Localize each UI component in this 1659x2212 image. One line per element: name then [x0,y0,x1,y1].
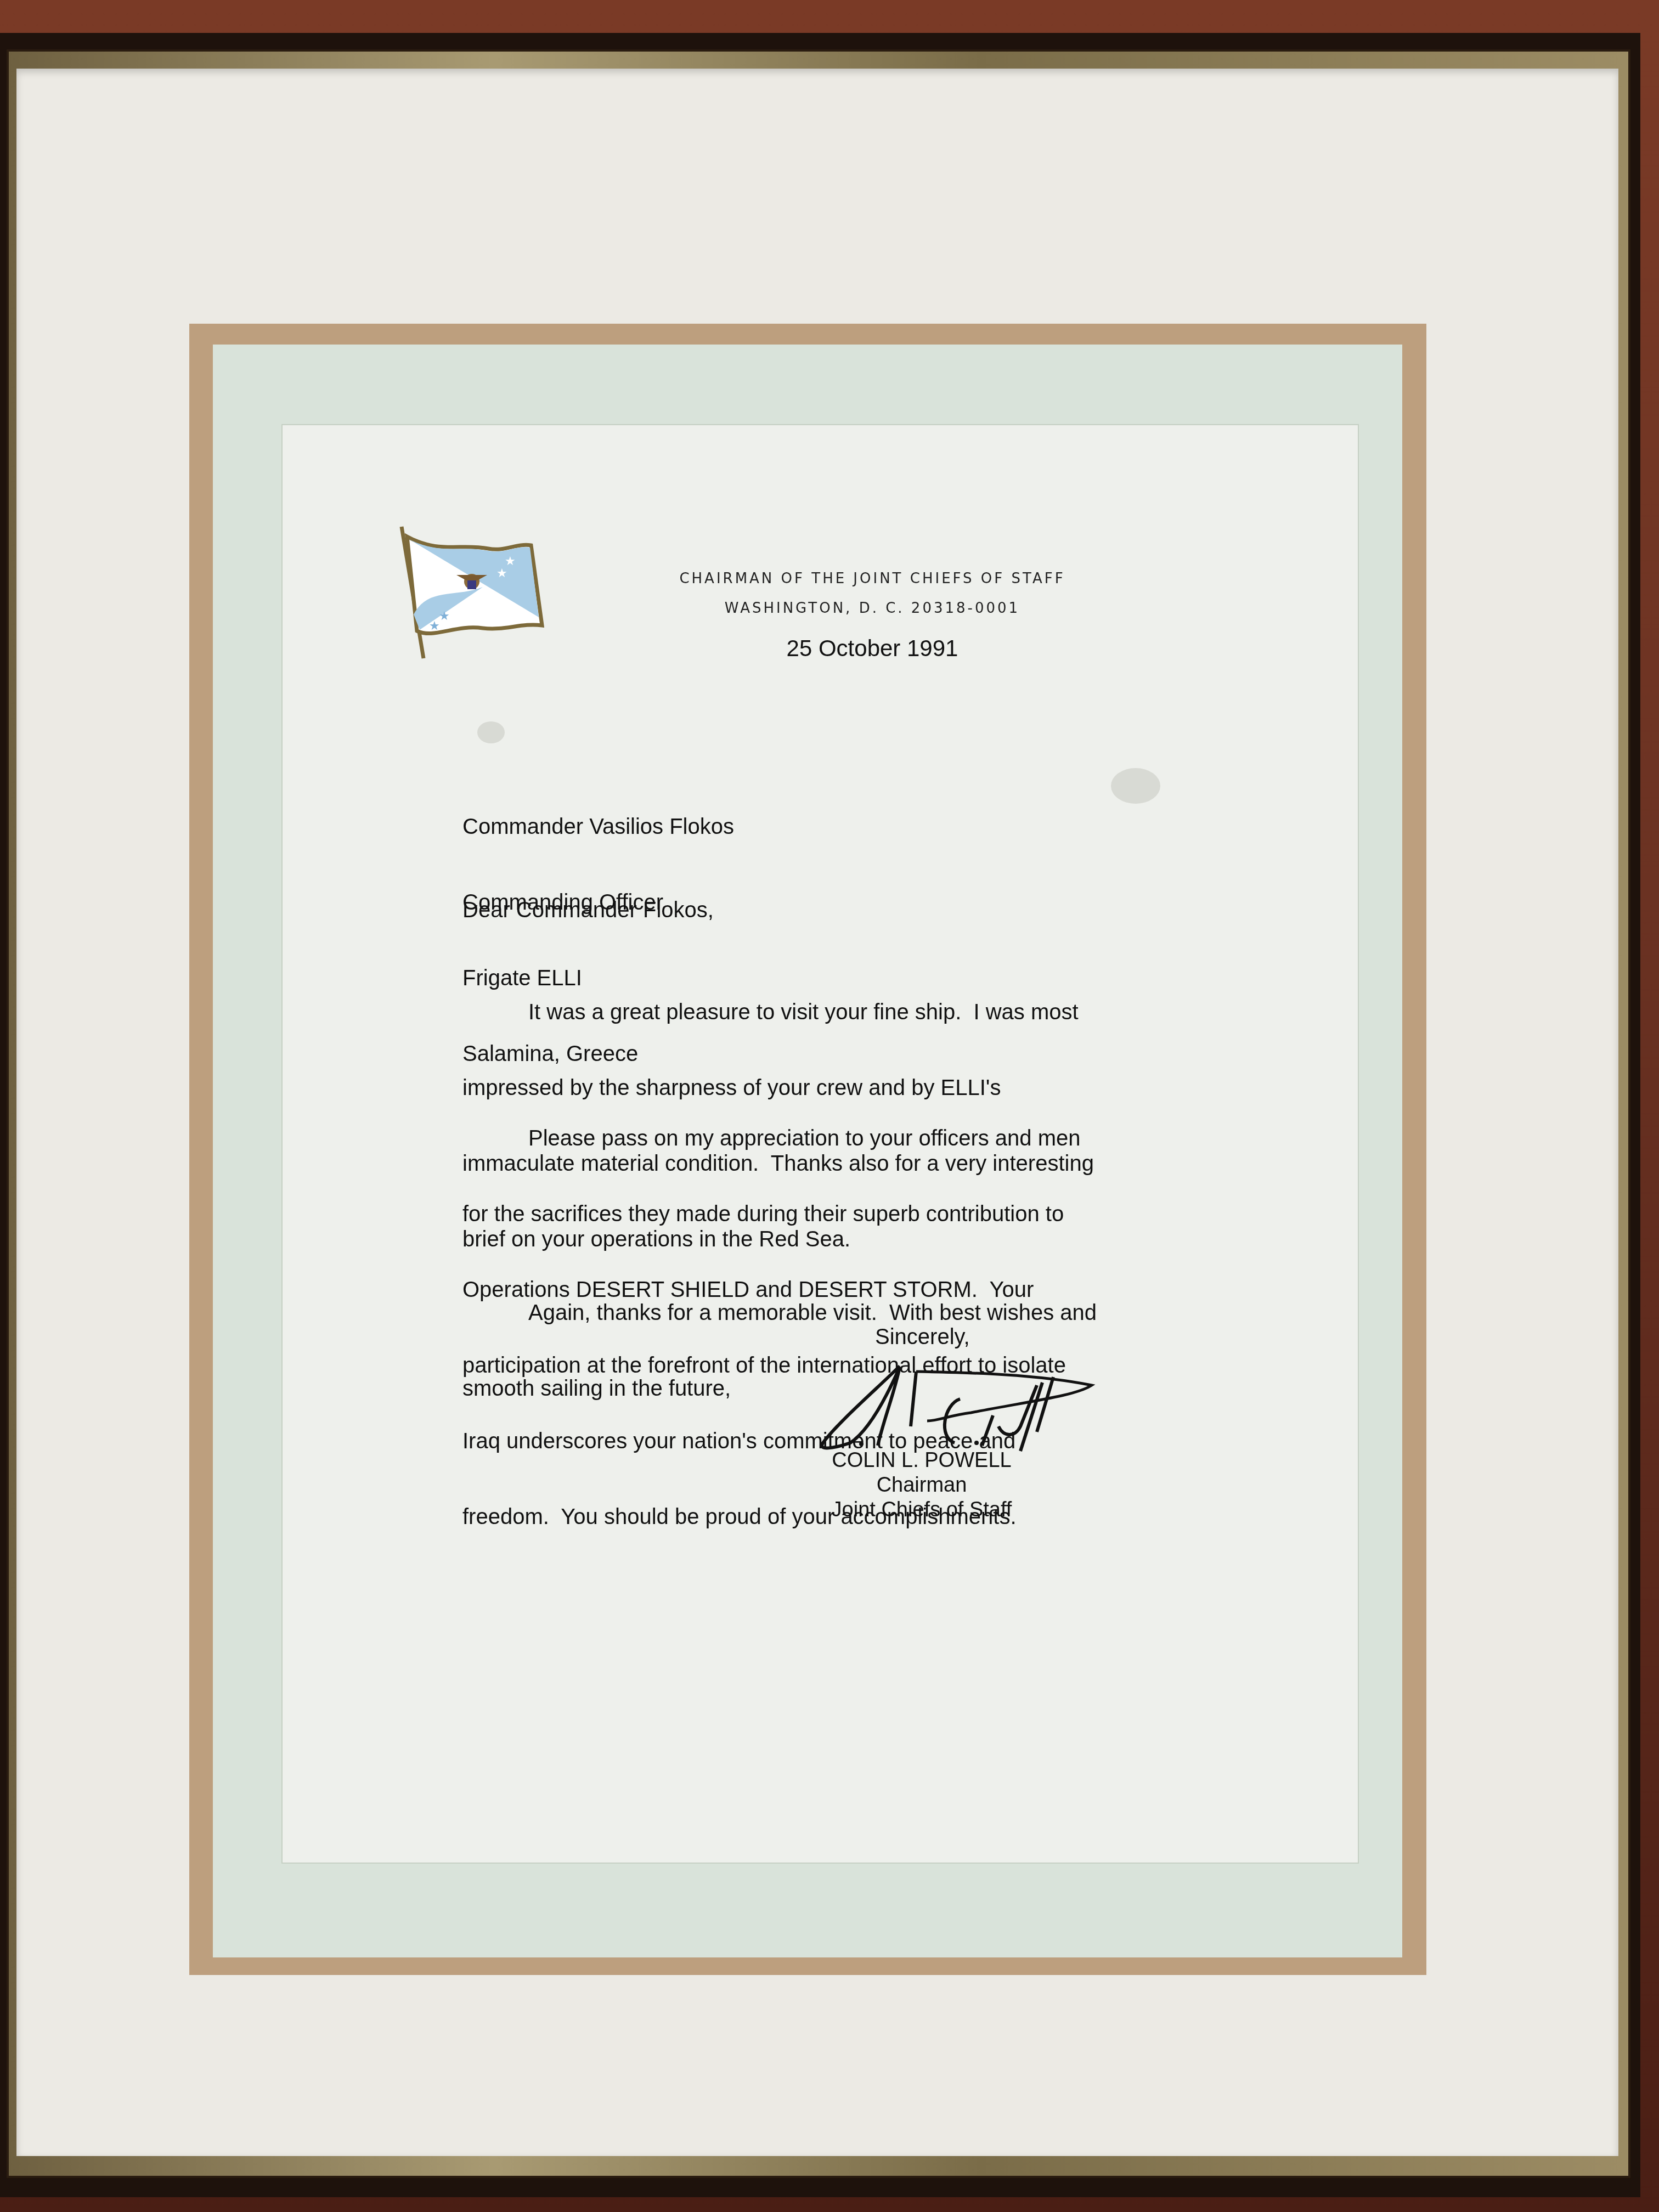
letterhead-address: WASHINGTON, D. C. 20318-0001 [669,600,1075,617]
handwritten-signature [817,1361,1103,1454]
salutation: Dear Commander Flokos, [462,898,714,923]
paragraph-line: for the sacrifices they made during thei… [462,1201,1080,1227]
recipient-line: Commander Vasilios Flokos [462,814,734,839]
stain [477,721,505,743]
closing: Sincerely, [875,1325,970,1350]
signer-name: COLIN L. POWELL [817,1448,1026,1473]
paragraph-line: Please pass on my appreciation to your o… [528,1126,1080,1150]
svg-text:★: ★ [439,609,450,623]
paragraph-line: It was a great pleasure to visit your fi… [528,1000,1079,1024]
stain [1111,768,1160,804]
letterhead-organization: CHAIRMAN OF THE JOINT CHIEFS OF STAFF [669,571,1075,587]
paragraph-line: Again, thanks for a memorable visit. Wit… [528,1301,1097,1325]
letter-date: 25 October 1991 [658,635,1086,662]
signer-title: Chairman [817,1473,1026,1498]
svg-text:★: ★ [429,619,440,633]
chairman-flag-icon: ★ ★ ★ ★ [395,521,554,664]
signature-block: COLIN L. POWELL Chairman Joint Chiefs of… [817,1448,1026,1522]
svg-text:★: ★ [496,566,507,580]
signer-organization: Joint Chiefs of Staff [817,1498,1026,1522]
